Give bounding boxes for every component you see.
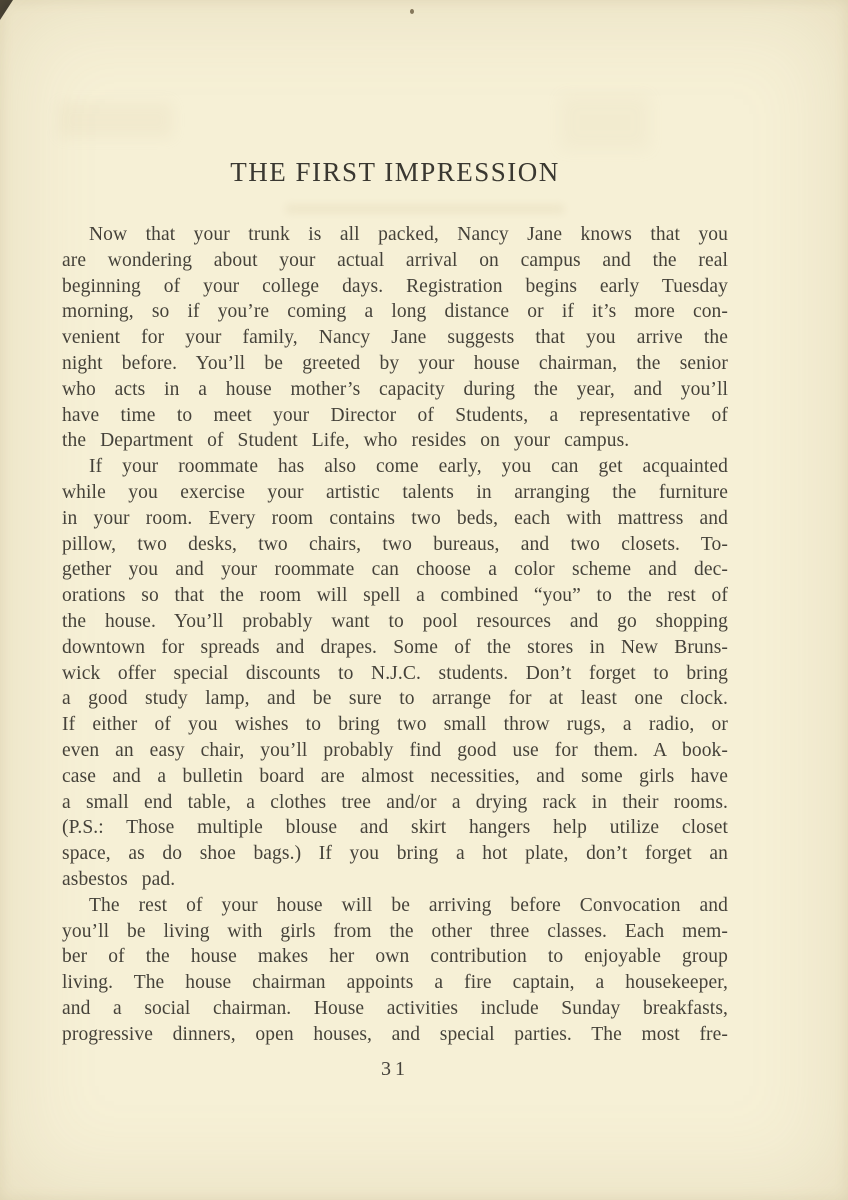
text-line: night before. You’ll be greeted by your … xyxy=(62,351,728,377)
text-line: venient for your family, Nancy Jane sugg… xyxy=(62,325,728,351)
scan-corner-mark xyxy=(0,0,13,20)
text-line: gether you and your roommate can choose … xyxy=(62,557,728,583)
text-line: downtown for spreads and drapes. Some of… xyxy=(62,635,728,661)
text-line: who acts in a house mother’s capacity du… xyxy=(62,377,728,403)
text-line: progressive dinners, open houses, and sp… xyxy=(62,1022,728,1048)
text-line: a small end table, a clothes tree and/or… xyxy=(62,790,728,816)
text-line: morning, so if you’re coming a long dist… xyxy=(62,299,728,325)
bleed-through-smudge xyxy=(560,95,650,150)
text-line: pillow, two desks, two chairs, two burea… xyxy=(62,532,728,558)
text-line: the house. You’ll probably want to pool … xyxy=(62,609,728,635)
page-number: 31 xyxy=(62,1058,728,1081)
paragraph: Now that your trunk is all packed, Nancy… xyxy=(62,222,728,454)
text-line: The rest of your house will be arriving … xyxy=(62,893,728,919)
text-line: Now that your trunk is all packed, Nancy… xyxy=(62,222,728,248)
bleed-through-smudge xyxy=(58,102,173,138)
text-line: ber of the house makes her own contribut… xyxy=(62,944,728,970)
book-page: THE FIRST IMPRESSION Now that your trunk… xyxy=(0,0,848,1200)
paragraph: If your roommate has also come early, yo… xyxy=(62,454,728,893)
text-line: a good study lamp, and be sure to arrang… xyxy=(62,686,728,712)
text-line: and a social chairman. House activities … xyxy=(62,996,728,1022)
paragraph: The rest of your house will be arriving … xyxy=(62,893,728,1048)
text-line: If your roommate has also come early, yo… xyxy=(62,454,728,480)
text-line: asbestos pad. xyxy=(62,867,728,893)
scan-speck xyxy=(410,9,414,14)
text-line: in your room. Every room contains two be… xyxy=(62,506,728,532)
bleed-through-smudge xyxy=(285,204,565,214)
text-line: (P.S.: Those multiple blouse and skirt h… xyxy=(62,815,728,841)
text-line: If either of you wishes to bring two sma… xyxy=(62,712,728,738)
text-line: have time to meet your Director of Stude… xyxy=(62,403,728,429)
text-line: even an easy chair, you’ll probably find… xyxy=(62,738,728,764)
body-text: Now that your trunk is all packed, Nancy… xyxy=(62,222,728,1048)
text-line: wick offer special discounts to N.J.C. s… xyxy=(62,661,728,687)
text-line: while you exercise your artistic talents… xyxy=(62,480,728,506)
text-line: you’ll be living with girls from the oth… xyxy=(62,919,728,945)
page-title: THE FIRST IMPRESSION xyxy=(62,157,728,187)
text-line: space, as do shoe bags.) If you bring a … xyxy=(62,841,728,867)
text-line: beginning of your college days. Registra… xyxy=(62,274,728,300)
text-line: case and a bulletin board are almost nec… xyxy=(62,764,728,790)
text-line: living. The house chairman appoints a fi… xyxy=(62,970,728,996)
text-line: are wondering about your actual arrival … xyxy=(62,248,728,274)
text-line: the Department of Student Life, who resi… xyxy=(62,428,728,454)
text-line: orations so that the room will spell a c… xyxy=(62,583,728,609)
